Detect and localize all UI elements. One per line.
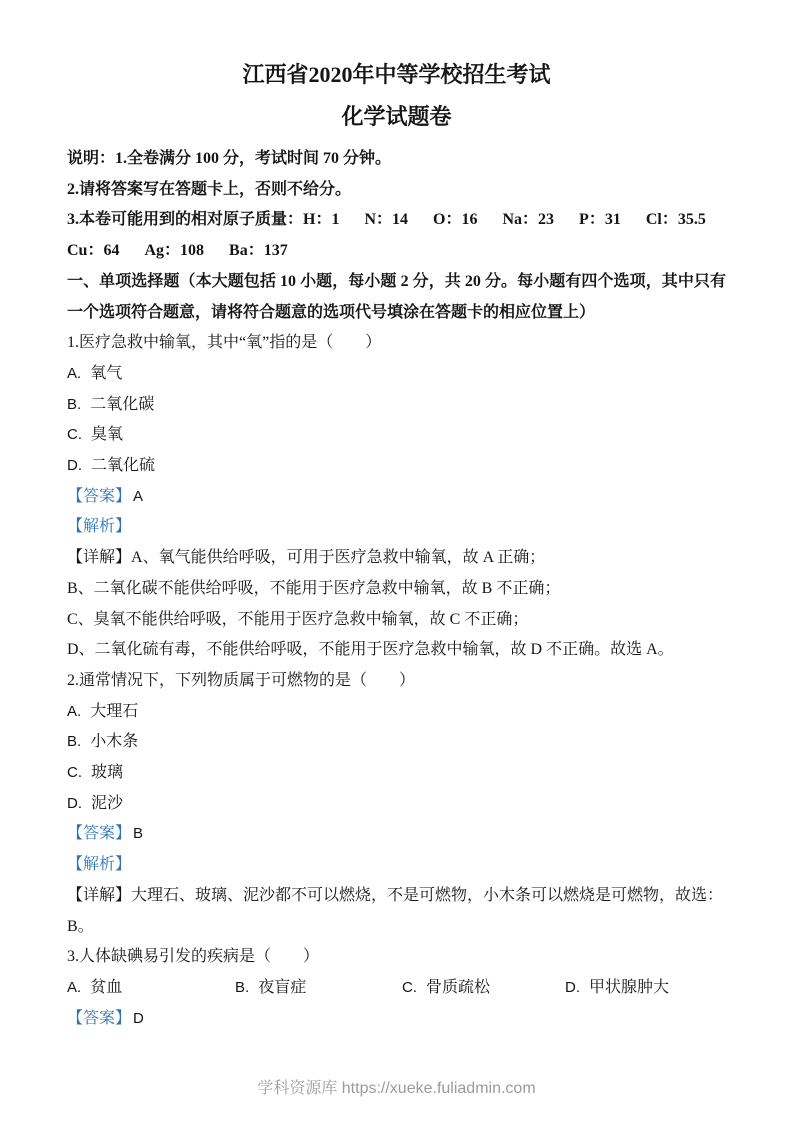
note-full-score: 说明：1.全卷满分 100 分，考试时间 70 分钟。	[67, 144, 726, 175]
answer-value: D	[133, 1010, 144, 1027]
option-key: C.	[67, 426, 82, 443]
atomic-masses-line-1: 3.本卷可能用到的相对原子质量：H：1N：14O：16Na：23P：31Cl：3…	[67, 205, 726, 236]
option-text: 贫血	[90, 979, 122, 996]
option-key: B.	[67, 396, 81, 413]
atomic-mass-Ag: Ag：108	[144, 242, 204, 259]
option-key: B.	[67, 733, 81, 750]
question-1-option-b: B.二氧化碳	[67, 390, 726, 421]
atomic-masses-prefix: 3.本卷可能用到的相对原子质量：	[67, 211, 303, 228]
option-text: 夜盲症	[258, 979, 306, 996]
detail-label: 【详解】	[67, 549, 131, 566]
option-text: 骨质疏松	[426, 979, 490, 996]
option-text: 臭氧	[91, 426, 123, 443]
question-2-option-c: C.玻璃	[67, 758, 726, 789]
option-key: D.	[67, 457, 82, 474]
option-text: 二氧化硫	[91, 457, 155, 474]
option-key: A.	[67, 365, 81, 382]
answer-value: A	[133, 488, 143, 505]
question-1-detail-line-1: 【详解】A、氧气能供给呼吸，可用于医疗急救中输氧，故 A 正确；	[67, 543, 726, 574]
question-2-option-b: B.小木条	[67, 727, 726, 758]
question-3-option-a: A.贫血	[67, 973, 235, 1004]
option-key: B.	[235, 979, 249, 996]
question-2-analysis-line: 【解析】	[67, 850, 726, 881]
question-3-option-b: B.夜盲症	[235, 973, 402, 1004]
option-key: C.	[67, 764, 82, 781]
question-1-answer-line: 【答案】A	[67, 482, 726, 513]
question-1-detail-line-4: D、二氧化硫有毒，不能供给呼吸，不能用于医疗急救中输氧，故 D 不正确。故选 A…	[67, 635, 726, 666]
option-text: 大理石	[90, 703, 138, 720]
note-answer-sheet: 2.请将答案写在答题卡上，否则不给分。	[67, 175, 726, 206]
question-2-stem: 2.通常情况下，下列物质属于可燃物的是（ ）	[67, 666, 726, 697]
question-3-stem: 3.人体缺碘易引发的疾病是（ ）	[67, 942, 726, 973]
option-text: 泥沙	[91, 795, 123, 812]
question-3-option-c: C.骨质疏松	[402, 973, 565, 1004]
section-heading: 一、单项选择题（本大题包括 10 小题，每小题 2 分，共 20 分。每小题有四…	[67, 267, 726, 328]
atomic-mass-N: N：14	[364, 211, 408, 228]
atomic-mass-Ba: Ba：137	[229, 242, 288, 259]
option-key: A.	[67, 979, 81, 996]
detail-text: A、氧气能供给呼吸，可用于医疗急救中输氧，故 A 正确；	[131, 549, 545, 566]
detail-text: 大理石、玻璃、泥沙都不可以燃烧，不是可燃物，小木条可以燃烧是可燃物，故选：B。	[67, 887, 723, 935]
detail-label: 【详解】	[67, 887, 131, 904]
answer-value: B	[133, 825, 143, 842]
question-3-option-d: D.甲状腺肿大	[565, 973, 726, 1004]
question-1-detail-line-2: B、二氧化碳不能供给呼吸，不能用于医疗急救中输氧，故 B 不正确；	[67, 574, 726, 605]
question-1-option-a: A.氧气	[67, 359, 726, 390]
question-2-option-d: D.泥沙	[67, 789, 726, 820]
question-2-option-a: A.大理石	[67, 697, 726, 728]
atomic-mass-Cl: Cl：35.5	[646, 211, 706, 228]
question-2-detail-line-1: 【详解】大理石、玻璃、泥沙都不可以燃烧，不是可燃物，小木条可以燃烧是可燃物，故选…	[67, 881, 726, 942]
option-text: 甲状腺肿大	[589, 979, 669, 996]
question-1-option-d: D.二氧化硫	[67, 451, 726, 482]
question-2-answer-line: 【答案】B	[67, 819, 726, 850]
option-key: D.	[67, 795, 82, 812]
question-1-option-c: C.臭氧	[67, 420, 726, 451]
atomic-mass-Cu: Cu：64	[67, 242, 119, 259]
question-1-stem: 1.医疗急救中输氧，其中“氧”指的是（ ）	[67, 328, 726, 359]
answer-label: 【答案】	[67, 825, 131, 842]
answer-label: 【答案】	[67, 488, 131, 505]
option-text: 玻璃	[91, 764, 123, 781]
atomic-mass-P: P：31	[579, 211, 621, 228]
atomic-mass-Na: Na：23	[502, 211, 554, 228]
atomic-masses-line-2: Cu：64Ag：108Ba：137	[67, 236, 726, 267]
option-text: 二氧化碳	[90, 396, 154, 413]
answer-label: 【答案】	[67, 1010, 131, 1027]
analysis-label: 【解析】	[67, 518, 131, 535]
option-text: 氧气	[90, 365, 122, 382]
exam-page: 江西省2020年中等学校招生考试 化学试题卷 说明：1.全卷满分 100 分，考…	[0, 0, 793, 1122]
exam-subtitle: 化学试题卷	[67, 102, 726, 132]
option-text: 小木条	[90, 733, 138, 750]
atomic-mass-H: H：1	[303, 211, 339, 228]
atomic-mass-O: O：16	[433, 211, 477, 228]
option-key: A.	[67, 703, 81, 720]
analysis-label: 【解析】	[67, 856, 131, 873]
option-key: C.	[402, 979, 417, 996]
question-3-answer-line: 【答案】D	[67, 1004, 726, 1035]
exam-title: 江西省2020年中等学校招生考试	[67, 60, 726, 90]
option-key: D.	[565, 979, 580, 996]
footer-watermark: 学科资源库 https://xueke.fuliadmin.com	[0, 1075, 793, 1098]
question-1-detail-line-3: C、臭氧不能供给呼吸，不能用于医疗急救中输氧，故 C 不正确；	[67, 605, 726, 636]
question-1-analysis-line: 【解析】	[67, 512, 726, 543]
question-3-options-row: A.贫血 B.夜盲症 C.骨质疏松 D.甲状腺肿大	[67, 973, 726, 1004]
